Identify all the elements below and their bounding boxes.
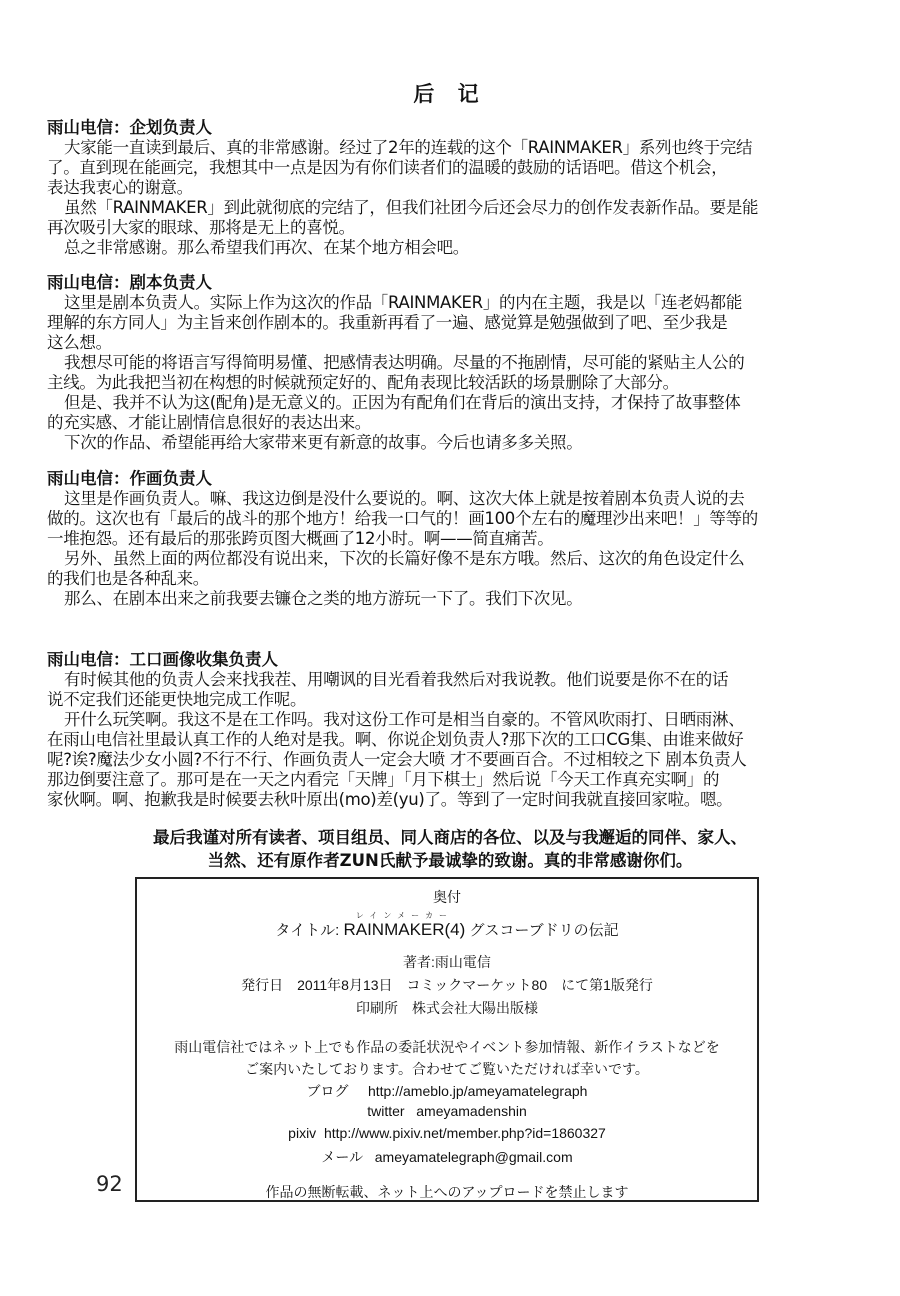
colophon-published: 発行日 2011年8月13日 コミックマーケット80 にて第1版発行 — [137, 975, 757, 995]
paragraph-line: 那边倒要注意了。那可是在一天之内看完「天牌」「月下棋士」然后说「今天工作真充实啊… — [47, 770, 837, 790]
paragraph-line: 的充实感、才能让剧情信息很好的表达出来。 — [47, 413, 837, 433]
title-ruby: レインメーカー — [343, 910, 465, 921]
paragraph-line: 开什么玩笑啊。我这不是在工作吗。我对这份工作可是相当自豪的。不管风吹雨打、日晒雨… — [47, 710, 837, 730]
paragraph-line: 在雨山电信社里最认真工作的人绝对是我。啊、你说企划负责人?那下次的工口CG集、由… — [47, 730, 837, 750]
paragraph-line: 那么、在剧本出来之前我要去镰仓之类的地方游玩一下了。我们下次见。 — [47, 589, 837, 609]
paragraph-line: 另外、虽然上面的两位都没有说出来，下次的长篇好像不是东方哦。然后、这次的角色设定… — [47, 549, 837, 569]
section-script: 雨山电信：剧本负责人 这里是剧本负责人。实际上作为这次的作品「RAINMAKER… — [47, 273, 837, 453]
paragraph-line: 表达我衷心的谢意。 — [47, 178, 837, 198]
paragraph-line: 呢?诶?魔法少女小圆?不行不行、作画负责人一定会大喷 才不要画百合。不过相较之下… — [47, 750, 837, 770]
thanks-line: 当然、还有原作者ZUN氏献予最诚挚的致谢。真的非常感谢你们。 — [0, 849, 900, 872]
colophon-footer: 作品の無断転載、ネット上へのアップロードを禁止します — [137, 1182, 757, 1202]
paragraph-line: 家伙啊。啊、抱歉我是时候要去秋叶原出(mo)差(yu)了。等到了一定时间我就直接… — [47, 790, 837, 810]
section-heading: 雨山电信：作画负责人 — [47, 469, 837, 489]
link-value: ameyamatelegraph@gmail.com — [375, 1149, 573, 1165]
colophon-title-row: タイトル: レインメーカー RAINMAKER(4) グスコーブドリの伝記 — [137, 919, 757, 940]
paragraph-line: 这里是剧本负责人。实际上作为这次的作品「RAINMAKER」的内在主题，我是以「… — [47, 293, 837, 313]
title-sub: グスコーブドリの伝記 — [469, 922, 618, 939]
paragraph-line: 大家能一直读到最后、真的非常感谢。经过了2年的连载的这个「RAINMAKER」系… — [47, 138, 837, 158]
thanks-line: 最后我谨对所有读者、项目组员、同人商店的各位、以及与我邂逅的同伴、家人、 — [0, 826, 900, 849]
paragraph-line: 理解的东方同人」为主旨来创作剧本的。我重新再看了一遍、感觉算是勉强做到了吧、至少… — [47, 313, 837, 333]
paragraph-line: 我想尽可能的将语言写得简明易懂、把感情表达明确。尽量的不拖剧情，尽可能的紧贴主人… — [47, 353, 837, 373]
title-main-wrap: レインメーカー RAINMAKER(4) — [343, 920, 465, 940]
section-heading: 雨山电信：工口画像收集负责人 — [47, 650, 837, 670]
colophon-heading: 奥付 — [137, 887, 757, 907]
colophon-notice: ご案内いたしております。合わせてご覧いただければ幸いです。 — [137, 1059, 757, 1079]
colophon-author: 著者:雨山電信 — [137, 952, 757, 972]
paragraph-line: 下次的作品、希望能再给大家带来更有新意的故事。今后也请多多关照。 — [47, 433, 837, 453]
colophon-printer: 印刷所 株式会社大陽出版様 — [137, 998, 757, 1018]
colophon-notice: 雨山電信社ではネット上でも作品の委託状況やイベント参加情報、新作イラストなどを — [137, 1037, 757, 1057]
paragraph-line: 这么想。 — [47, 333, 837, 353]
paragraph-line: 但是、我并不认为这(配角)是无意义的。正因为有配角们在背后的演出支持，才保持了故… — [47, 393, 837, 413]
paragraph-line: 再次吸引大家的眼球、那将是无上的喜悦。 — [47, 218, 837, 238]
title-main: RAINMAKER(4) — [343, 920, 465, 939]
page-title: 后 记 — [0, 78, 900, 108]
paragraph-line: 总之非常感谢。那么希望我们再次、在某个地方相会吧。 — [47, 238, 837, 258]
colophon-link-blog: ブログ http://ameblo.jp/ameyamatelegraph — [137, 1081, 757, 1101]
link-label: ブログ — [307, 1083, 349, 1099]
paragraph-line: 做的。这次也有「最后的战斗的那个地方！给我一口气的！画100个左右的魔理沙出来吧… — [47, 509, 837, 529]
section-heading: 雨山电信：企划负责人 — [47, 118, 837, 138]
section-art: 雨山电信：作画负责人 这里是作画负责人。嘛、我这边倒是没什么要说的。啊、这次大体… — [47, 469, 837, 609]
section-image-collection: 雨山电信：工口画像收集负责人 有时候其他的负责人会来找我茬、用嘲讽的目光看着我然… — [47, 650, 837, 810]
colophon-link-mail: メール ameyamatelegraph@gmail.com — [137, 1147, 757, 1167]
paragraph-line: 的我们也是各种乱来。 — [47, 569, 837, 589]
closing-thanks: 最后我谨对所有读者、项目组员、同人商店的各位、以及与我邂逅的同伴、家人、 当然、… — [0, 826, 900, 872]
link-value: http://ameblo.jp/ameyamatelegraph — [368, 1083, 587, 1099]
page-number: 92 — [96, 1172, 123, 1196]
paragraph-line: 这里是作画负责人。嘛、我这边倒是没什么要说的。啊、这次大体上就是按着剧本负责人说… — [47, 489, 837, 509]
paragraph-line: 虽然「RAINMAKER」到此就彻底的完结了，但我们社团今后还会尽力的创作发表新… — [47, 198, 837, 218]
section-planning: 雨山电信：企划负责人 大家能一直读到最后、真的非常感谢。经过了2年的连载的这个「… — [47, 118, 837, 258]
link-label: twitter — [367, 1103, 404, 1119]
paragraph-line: 有时候其他的负责人会来找我茬、用嘲讽的目光看着我然后对我说教。他们说要是你不在的… — [47, 670, 837, 690]
paragraph-line: 一堆抱怨。还有最后的那张跨页图大概画了12小时。啊——简直痛苦。 — [47, 529, 837, 549]
paragraph-line: 说不定我们还能更快地完成工作呢。 — [47, 690, 837, 710]
colophon-link-pixiv: pixiv http://www.pixiv.net/member.php?id… — [137, 1125, 757, 1141]
paragraph-line: 主线。为此我把当初在构想的时候就预定好的、配角表现比较活跃的场景删除了大部分。 — [47, 373, 837, 393]
colophon-link-twitter: twitter ameyamadenshin — [137, 1103, 757, 1119]
section-heading: 雨山电信：剧本负责人 — [47, 273, 837, 293]
link-value: ameyamadenshin — [416, 1103, 527, 1119]
paragraph-line: 了。直到现在能画完，我想其中一点是因为有你们读者们的温暖的鼓励的话语吧。借这个机… — [47, 158, 837, 178]
link-value: http://www.pixiv.net/member.php?id=18603… — [324, 1125, 606, 1141]
colophon-box: 奥付 タイトル: レインメーカー RAINMAKER(4) グスコーブドリの伝記… — [135, 877, 759, 1202]
title-label: タイトル: — [275, 922, 339, 939]
afterword-page: 后 记 雨山电信：企划负责人 大家能一直读到最后、真的非常感谢。经过了2年的连载… — [0, 0, 900, 1296]
link-label: メール — [321, 1149, 363, 1165]
link-label: pixiv — [288, 1125, 316, 1141]
